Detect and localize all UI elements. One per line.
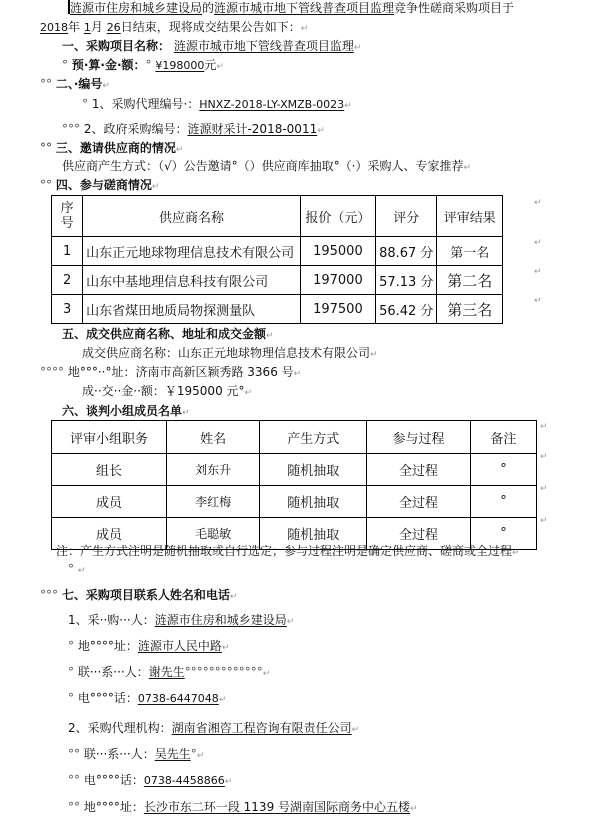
agency-contact-value: 吴先生 xyxy=(155,747,191,761)
row-role: 成员 xyxy=(52,486,167,518)
agency-phone-label: 电°°°°话： xyxy=(84,773,144,787)
purchaser-phone-label: 电°°°°话： xyxy=(78,691,138,705)
col-header-role: 评审小组职务 xyxy=(52,421,167,454)
project-name: 涟源市城市地下管线普查项目监理 xyxy=(214,1,394,15)
row-price: 197000 xyxy=(300,266,375,295)
table-row: 2 山东中基地理信息科技有限公司 197000 57.13 分 第二名 xyxy=(52,266,503,295)
paragraph-mark: ↵ xyxy=(216,62,224,72)
space-mark: ° xyxy=(68,691,74,705)
space-mark: °° xyxy=(40,141,52,155)
row-process: 全过程 xyxy=(367,486,471,518)
space-mark: °° xyxy=(68,773,80,787)
panel-note: 注：产生方式注明是随机抽取或自行选定；参与过程注明是确定供应商、磋商或全过程 xyxy=(56,544,512,558)
budget-line: ° 预·算·金·额：° ¥198000元↵ xyxy=(62,57,224,75)
row-score: 88.67 分 xyxy=(376,237,437,266)
space-mark: °°° xyxy=(40,588,58,602)
section5-heading: 五、成交供应商名称、地址和成交金额 xyxy=(62,327,266,341)
space-mark: °°° xyxy=(62,122,80,136)
budget-value: ¥198000 xyxy=(155,59,204,72)
intro-line-1: 涟源市住房和城乡建设局的涟源市城市地下管线普查项目监理竞争性磋商采购项目于 xyxy=(68,0,514,16)
paragraph-mark: ↵ xyxy=(344,101,352,111)
paragraph-mark: ↵ xyxy=(287,617,295,627)
paragraph-mark: ↵ xyxy=(263,669,271,679)
paragraph-mark: ↵ xyxy=(370,350,378,360)
winner-name-line: 成交供应商名称：山东正元地球物理信息技术有限公司↵ xyxy=(82,345,378,363)
paragraph-mark: ↵ xyxy=(152,182,160,192)
purchaser-value: 涟源市住房和城乡建设局 xyxy=(155,613,287,627)
agency-address-line: °° 地°°°°址：长沙市东二环一段 1139 号湖南国际商务中心五楼↵ xyxy=(68,799,418,817)
panel-note-tail-line: ° ↵ xyxy=(68,561,85,579)
paragraph-mark: ↵ xyxy=(182,408,190,418)
row-end-mark: ↵ xyxy=(534,267,542,277)
supplier-method-line: 供应商产生方式：（√）公告邀请°（）供应商库抽取°（·）采购人、专家推荐↵ xyxy=(62,158,471,176)
section4-heading-line: °° 四、参与磋商情况↵ xyxy=(40,177,159,195)
winner-amount-value: ￥195000 元° xyxy=(165,384,245,398)
row-price: 195000 xyxy=(300,237,375,266)
panel-note-tail: ° xyxy=(68,562,74,576)
row-no: 3 xyxy=(52,295,83,324)
winner-address-label: 地°°°··°址： xyxy=(68,365,136,379)
agency-phone-value: 0738-4458866 xyxy=(144,774,225,787)
row-method: 随机抽取 xyxy=(260,486,367,518)
paragraph-mark: ↵ xyxy=(176,145,184,155)
winner-address-line: °°°° 地°°°··°址：济南市高新区颖秀路 3366 号↵ xyxy=(40,364,301,382)
row-end-mark: ↵ xyxy=(534,198,542,208)
table-row: 组长 刘东升 随机抽取 全过程 ° xyxy=(52,454,537,486)
paragraph-mark: ↵ xyxy=(230,592,238,602)
space-mark: ° xyxy=(62,58,68,72)
table-header-row: 序号 供应商名称 报价（元） 评分 评审结果 xyxy=(52,196,503,237)
paragraph-mark: ↵ xyxy=(352,725,360,735)
section7-heading: 七、采购项目联系人姓名和电话 xyxy=(62,588,230,602)
agency-no-value: HNXZ-2018-LY-XMZB-0023 xyxy=(199,98,344,111)
purchaser-phone-line: ° 电°°°°话：0738-6447048↵ xyxy=(68,690,226,708)
row-score: 57.13 分 xyxy=(376,266,437,295)
purchaser-address-label: 地°°°°址： xyxy=(78,639,138,653)
agency-no-line: ° 1、采购代理编号·：HNXZ-2018-LY-XMZB-0023↵ xyxy=(82,96,352,114)
year: 2018 xyxy=(40,21,68,34)
row-end-mark: ↵ xyxy=(534,296,542,306)
budget-label: 预·算·金·额： xyxy=(72,58,146,72)
row-method: 随机抽取 xyxy=(260,454,367,486)
paragraph-mark: ↵ xyxy=(512,548,520,558)
agency-contact-line: °° 联···系···人：吴先生°↵ xyxy=(68,746,204,764)
row-supplier: 山东中基地理信息科技有限公司 xyxy=(83,266,301,295)
paragraph-mark: ↵ xyxy=(410,804,418,814)
section7-heading-line: °°° 七、采购项目联系人姓名和电话↵ xyxy=(40,587,237,605)
row-no: 2 xyxy=(52,266,83,295)
row-note: ° xyxy=(470,486,536,518)
section4-heading: 四、参与磋商情况 xyxy=(56,178,152,192)
winner-name-value: 山东正元地球物理信息技术有限公司 xyxy=(178,346,370,360)
day-suffix: 日结束，现将成交结果公告如下： xyxy=(121,20,301,34)
intro-line-2: 2018年 1月 26日结束，现将成交结果公告如下：↵ xyxy=(40,19,308,37)
col-header-result: 评审结果 xyxy=(437,196,503,237)
intro-connector: 的 xyxy=(202,1,214,15)
col-header-name: 姓名 xyxy=(166,421,260,454)
col-header-score: 评分 xyxy=(376,196,437,237)
paragraph-mark: ↵ xyxy=(219,695,227,705)
budget-unit: 元 xyxy=(204,58,216,72)
paragraph-mark: ↵ xyxy=(78,566,86,576)
paragraph-mark: ↵ xyxy=(463,163,471,173)
section6-heading: 六、谈判小组成员名单 xyxy=(62,404,182,418)
paragraph-mark: ↵ xyxy=(266,331,274,341)
paragraph-mark: ↵ xyxy=(197,751,205,761)
day: 26 xyxy=(107,21,121,34)
agency-no-label: 1、采购代理编号·： xyxy=(92,97,199,111)
section2-heading: 二、·编号 xyxy=(56,77,103,91)
agency-label: 2、采购代理机构： xyxy=(68,721,172,735)
section1-heading-line: 一、采购项目名称： 涟源市城市地下管线普查项目监理↵ xyxy=(62,38,361,56)
paragraph-mark: ↵ xyxy=(102,81,110,91)
row-result: 第一名 xyxy=(437,237,503,266)
agency-value: 湖南省湘咨工程咨询有限责任公司 xyxy=(172,721,352,735)
agency-phone-line: °° 电°°°°话：0738-4458866↵ xyxy=(68,772,232,790)
section1-heading: 一、采购项目名称： xyxy=(62,39,170,53)
row-supplier: 山东省煤田地质局物探测量队 xyxy=(83,295,301,324)
row-end-mark: ↵ xyxy=(534,238,542,248)
space-mark: ° xyxy=(146,58,152,72)
purchaser-label: 1、采··购···人： xyxy=(68,613,155,627)
paragraph-mark: ↵ xyxy=(354,43,362,53)
purchaser-phone-value: 0738-6447048 xyxy=(138,692,219,705)
panel-members-table: 评审小组职务 姓名 产生方式 参与过程 备注 组长 刘东升 随机抽取 全过程 °… xyxy=(51,420,537,550)
purchaser-contact-label: 联···系···人： xyxy=(78,665,149,679)
section1-project-name: 涟源市城市地下管线普查项目监理 xyxy=(174,39,354,53)
row-name: 李红梅 xyxy=(166,486,260,518)
space-mark: °° xyxy=(40,77,52,91)
paragraph-mark: ↵ xyxy=(301,24,309,34)
row-end-mark: ↵ xyxy=(540,422,548,432)
purchaser-address-line: ° 地°°°°址：涟源市人民中路↵ xyxy=(68,638,229,656)
row-result: 第二名 xyxy=(437,266,503,295)
col-header-supplier: 供应商名称 xyxy=(83,196,301,237)
row-end-mark: ↵ xyxy=(540,452,548,462)
space-mark: °° xyxy=(68,800,80,814)
section5-heading-line: 五、成交供应商名称、地址和成交金额↵ xyxy=(62,326,274,344)
purchaser-contact-value: 谢先生 xyxy=(149,665,185,679)
month-suffix: 月 xyxy=(91,20,103,34)
table-row: 3 山东省煤田地质局物探测量队 197500 56.42 分 第三名 xyxy=(52,295,503,324)
row-supplier: 山东正元地球物理信息技术有限公司 xyxy=(83,237,301,266)
purchaser-line: 1、采··购···人：涟源市住房和城乡建设局↵ xyxy=(68,612,294,630)
row-end-mark: ↵ xyxy=(540,516,548,526)
intro-tail: 竞争性磋商采购项目于 xyxy=(394,1,514,15)
gov-no-value: 涟源财采计-2018-0011 xyxy=(187,122,317,136)
agency-address-value: 长沙市东二环一段 1139 号湖南国际商务中心五楼 xyxy=(144,800,410,814)
space-mark: °° xyxy=(40,178,52,192)
panel-note-line: 注：产生方式注明是随机抽取或自行选定；参与过程注明是确定供应商、磋商或全过程↵ xyxy=(56,543,520,561)
purchaser-address-value: 涟源市人民中路 xyxy=(138,639,222,653)
year-suffix: 年 xyxy=(68,20,80,34)
paragraph-mark: ↵ xyxy=(225,777,233,787)
space-mark: ° xyxy=(68,665,74,679)
row-role: 组长 xyxy=(52,454,167,486)
space-mark: °° xyxy=(68,747,80,761)
paragraph-mark: ↵ xyxy=(222,643,230,653)
winner-amount-label: 成··交··金··额： xyxy=(82,384,165,398)
table-row: 成员 李红梅 随机抽取 全过程 ° xyxy=(52,486,537,518)
col-header-note: 备注 xyxy=(470,421,536,454)
winner-name-label: 成交供应商名称： xyxy=(82,346,178,360)
col-header-process: 参与过程 xyxy=(367,421,471,454)
purchaser-contact-line: ° 联···系···人：谢先生°°°°°°°°°°°°°↵ xyxy=(68,664,270,682)
col-header-no: 序号 xyxy=(52,196,83,237)
paragraph-mark: ↵ xyxy=(245,388,253,398)
agency-address-label: 地°°°°址： xyxy=(84,800,144,814)
space-mark: ° xyxy=(82,97,88,111)
agency-contact-label: 联···系···人： xyxy=(84,747,155,761)
space-mark: °°°°°°°°°°°°° xyxy=(185,665,263,679)
row-name: 刘东升 xyxy=(166,454,260,486)
gov-no-label: 2、政府采购编号： xyxy=(84,122,188,136)
table-header-row: 评审小组职务 姓名 产生方式 参与过程 备注 xyxy=(52,421,537,454)
month: 1 xyxy=(84,21,91,34)
section2-heading-line: °° 二、·编号↵ xyxy=(40,76,110,94)
row-process: 全过程 xyxy=(367,454,471,486)
table-row: 1 山东正元地球物理信息技术有限公司 195000 88.67 分 第一名 xyxy=(52,237,503,266)
row-score: 56.42 分 xyxy=(376,295,437,324)
winner-address-value: 济南市高新区颖秀路 3366 号 xyxy=(135,365,293,379)
supplier-method-text: 供应商产生方式：（√）公告邀请°（）供应商库抽取°（·）采购人、专家推荐 xyxy=(62,159,463,173)
row-note: ° xyxy=(470,454,536,486)
col-header-method: 产生方式 xyxy=(260,421,367,454)
winner-amount-line: 成··交··金··额：￥195000 元°↵ xyxy=(82,383,252,401)
paragraph-mark: ↵ xyxy=(294,369,302,379)
row-end-mark: ↵ xyxy=(540,484,548,494)
space-mark: ° xyxy=(68,639,74,653)
agency-line: 2、采购代理机构：湖南省湘咨工程咨询有限责任公司↵ xyxy=(68,720,359,738)
gov-no-line: °°° 2、政府采购编号：涟源财采计-2018-0011↵ xyxy=(62,121,325,139)
section3-heading-line: °° 三、邀请供应商的情况↵ xyxy=(40,140,183,158)
section6-heading-line: 六、谈判小组成员名单↵ xyxy=(62,403,190,421)
row-result: 第三名 xyxy=(437,295,503,324)
space-mark: °°°° xyxy=(40,365,64,379)
section3-heading: 三、邀请供应商的情况 xyxy=(56,141,176,155)
col-header-price: 报价（元） xyxy=(300,196,375,237)
buyer-name: 涟源市住房和城乡建设局 xyxy=(70,1,202,15)
row-price: 197500 xyxy=(300,295,375,324)
row-no: 1 xyxy=(52,237,83,266)
paragraph-mark: ↵ xyxy=(317,126,325,136)
bidders-table: 序号 供应商名称 报价（元） 评分 评审结果 1 山东正元地球物理信息技术有限公… xyxy=(51,195,503,324)
